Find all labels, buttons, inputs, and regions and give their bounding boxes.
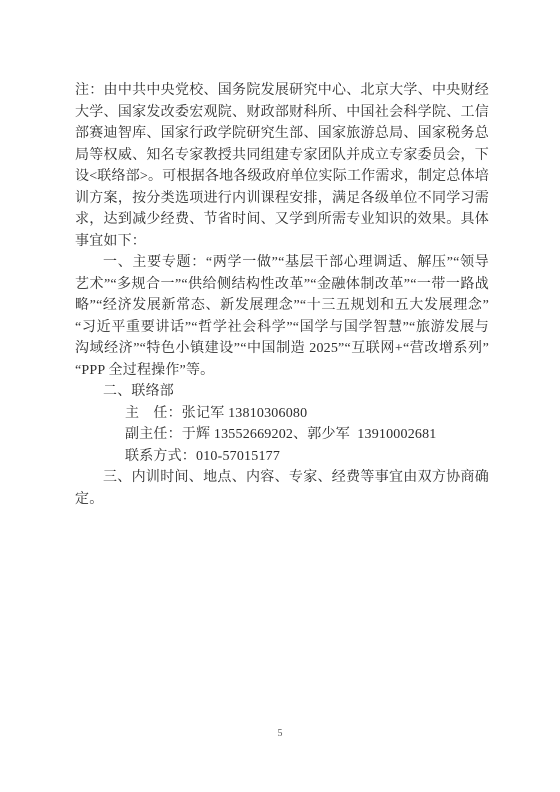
page-number: 5 (0, 728, 560, 740)
paragraph-liaison-department-heading: 二、联络部 (75, 381, 489, 403)
document-body: 注：由中共中央党校、国务院发展研究中心、北京大学、中央财经大学、国家发改委宏观院… (75, 80, 489, 510)
paragraph-phone-contact: 联系方式：010-57015177 (75, 446, 489, 468)
paragraph-director-contact: 主 任：张记军 13810306080 (75, 403, 489, 425)
paragraph-arrangement-note: 三、内训时间、地点、内容、专家、经费等事宜由双方协商确定。 (75, 467, 489, 510)
paragraph-main-topics: 一、主要专题：“两学一做”“基层干部心理调适、解压”“领导艺术”“多规合一”“供… (75, 252, 489, 381)
paragraph-deputy-directors-contact: 副主任：于辉 13552669202、郭少军 13910002681 (75, 424, 489, 446)
document-page: 注：由中共中央党校、国务院发展研究中心、北京大学、中央财经大学、国家发改委宏观院… (0, 0, 560, 792)
paragraph-note: 注：由中共中央党校、国务院发展研究中心、北京大学、中央财经大学、国家发改委宏观院… (75, 80, 489, 252)
